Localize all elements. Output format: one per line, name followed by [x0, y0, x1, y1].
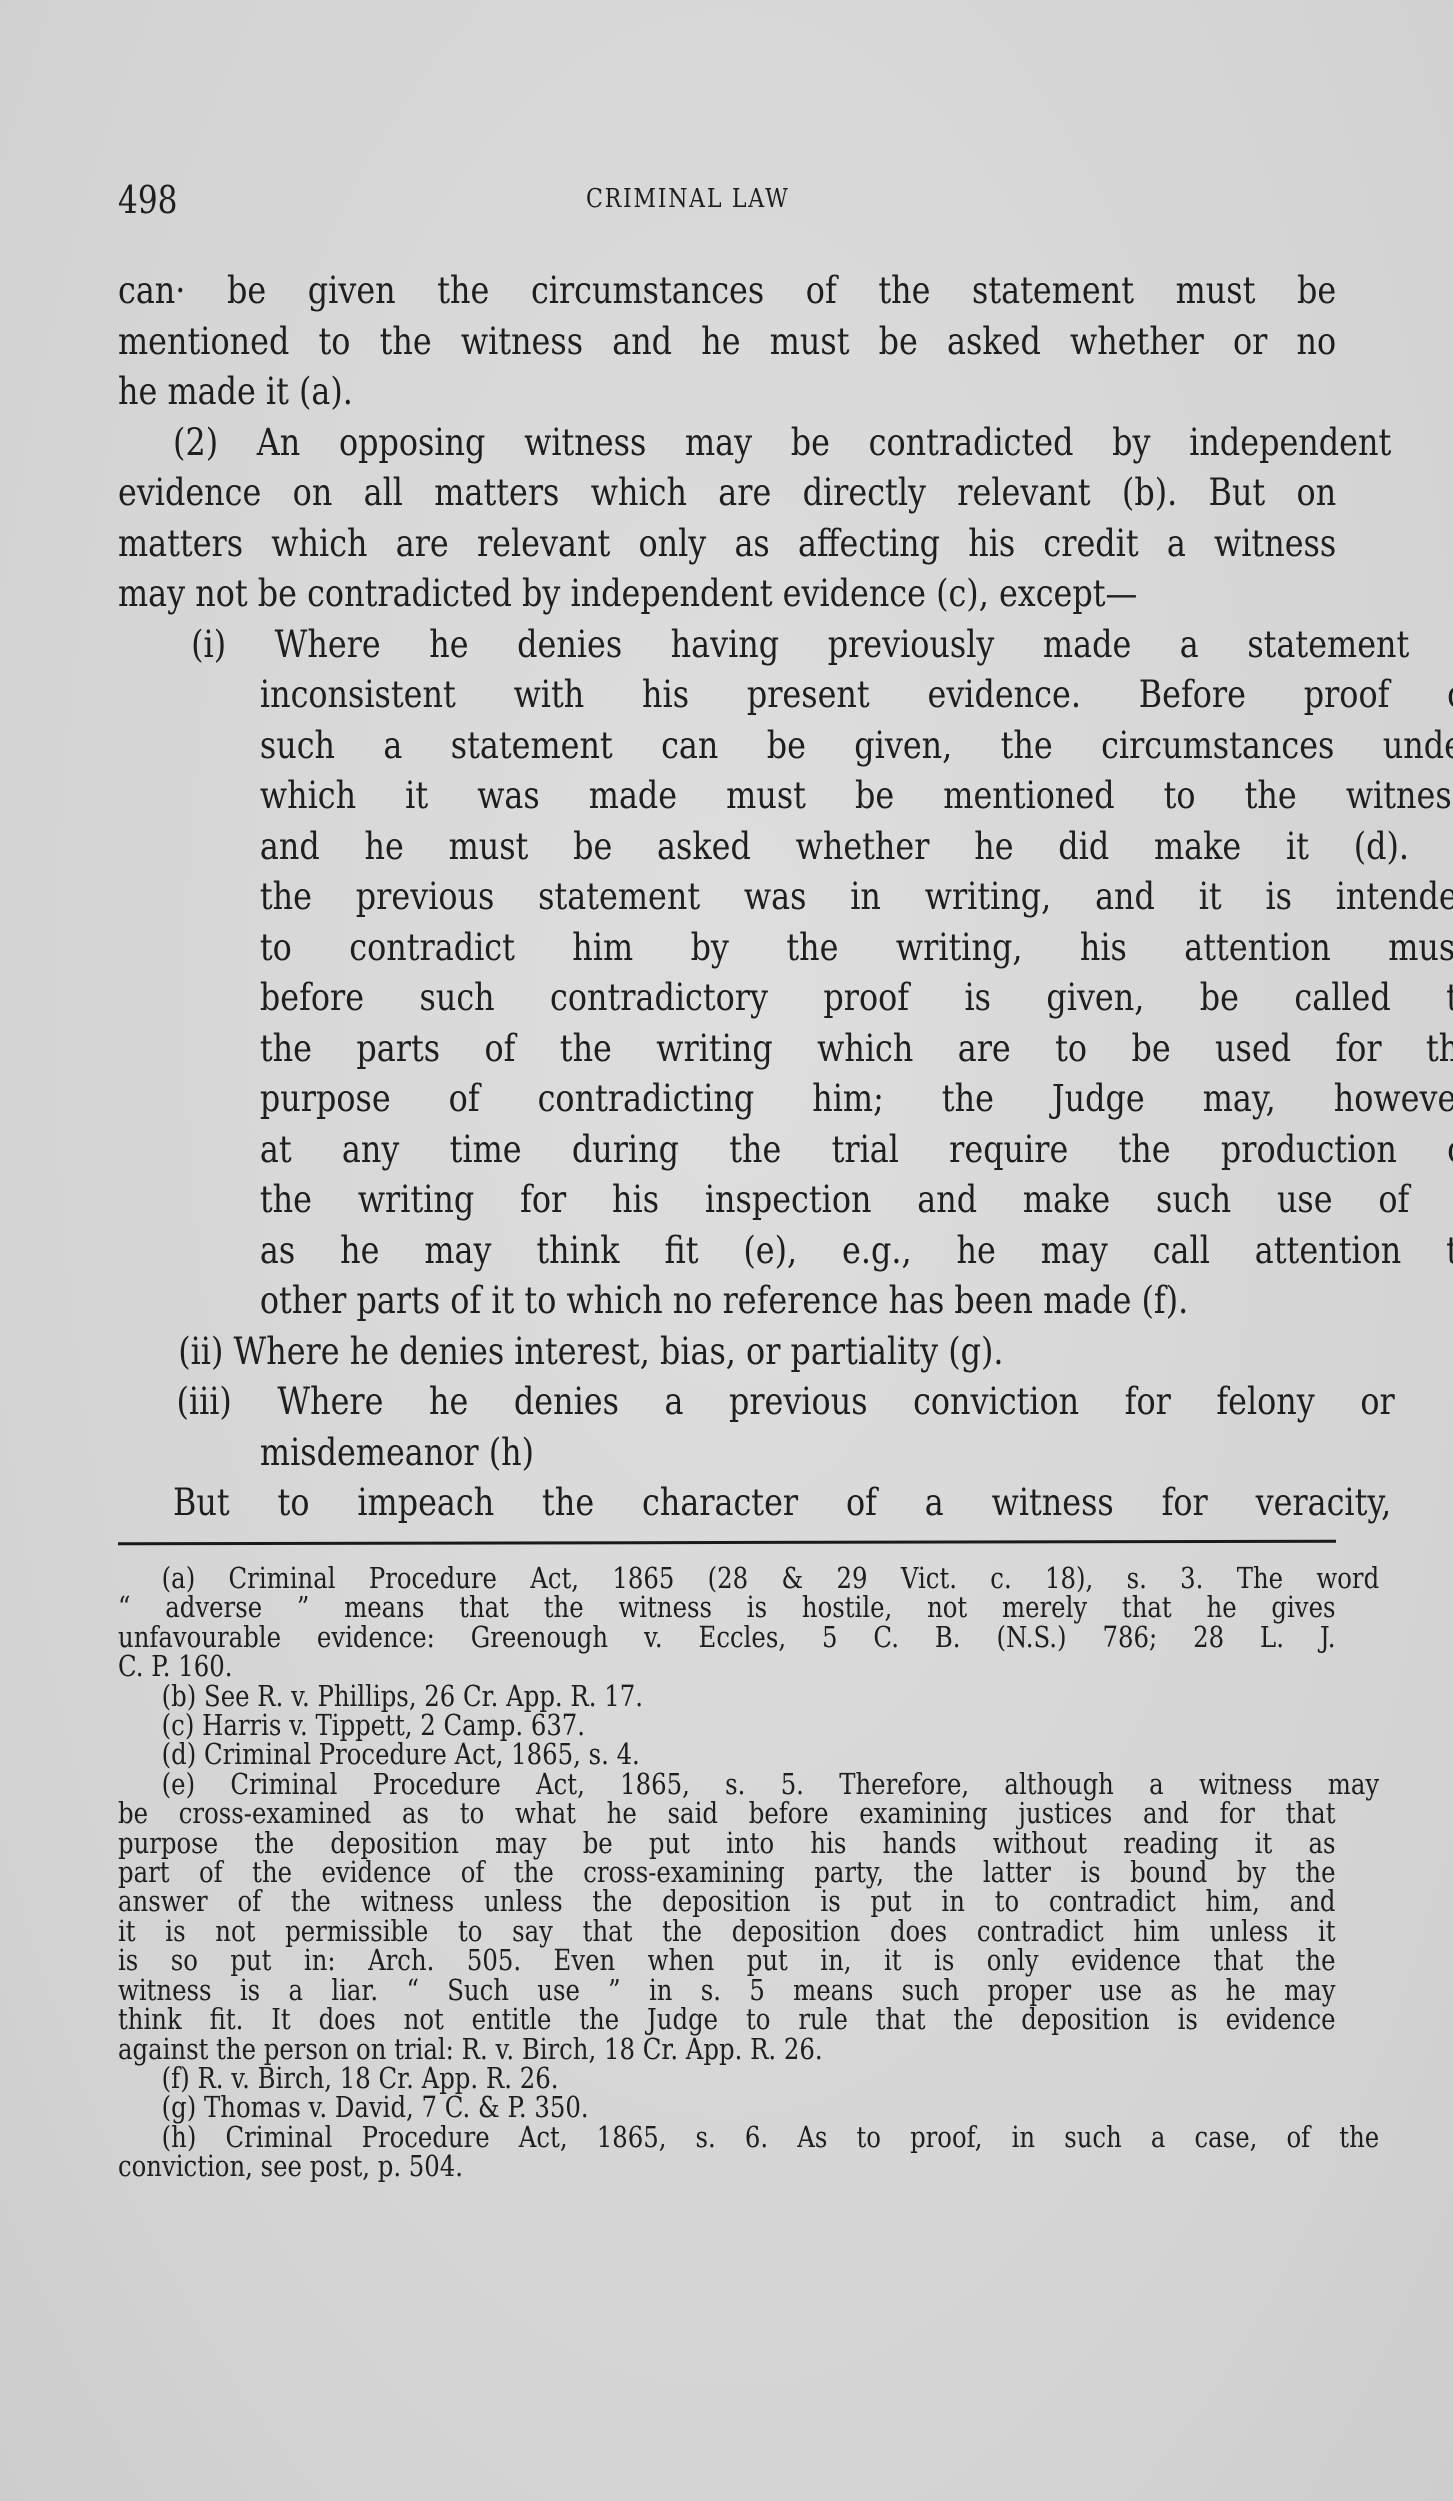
body-text: can· be given the circumstances of the s… [118, 266, 1336, 1529]
footnote-rule [118, 1540, 1336, 1546]
body-line: he made it (a). [118, 367, 1336, 418]
exception-numeral: (iii) [176, 1380, 231, 1423]
page-number: 498 [118, 178, 177, 222]
book-page: 498 CRIMINAL LAW can· be given the circu… [118, 168, 1336, 228]
footnote-a-line: “ adverse ” means that the witness is ho… [118, 1593, 1336, 1622]
exception-line: at any time during the trial require the… [118, 1125, 1453, 1176]
exception-line: and he must be asked whether he did make… [118, 822, 1453, 873]
footnote-e-line: answer of the witness unless the deposit… [118, 1887, 1336, 1916]
footnote-e-line: is so put in: Arch. 505. Even when put i… [118, 1946, 1336, 1975]
body-line: matters which are relevant only as affec… [118, 519, 1336, 570]
footnote-a-line: C. P. 160. [118, 1652, 1336, 1681]
body-line: may not be contradicted by independent e… [118, 569, 1336, 620]
exception-line: which it was made must be mentioned to t… [118, 771, 1453, 822]
exception-line: as he may think fit (e), e.g., he may ca… [118, 1226, 1453, 1277]
footnote-e-line: witness is a liar. “ Such use ” in s. 5 … [118, 1976, 1336, 2005]
exception-line: other parts of it to which no reference … [118, 1276, 1453, 1327]
exception-line: the writing for his inspection and make … [118, 1175, 1453, 1226]
footnote-a-line: unfavourable evidence: Greenough v. Eccl… [118, 1623, 1336, 1652]
body-line: mentioned to the witness and he must be … [118, 317, 1336, 368]
footnote-e-line: purpose the deposition may be put into h… [118, 1829, 1336, 1858]
exception-iii-first-line: (iii) Where he denies a previous convict… [118, 1377, 1395, 1428]
running-title: CRIMINAL LAW [586, 184, 789, 214]
footnote-g: (g) Thomas v. David, 7 C. & P. 350. [118, 2093, 1379, 2122]
exception-line: before such contradictory proof is given… [118, 973, 1453, 1024]
exception-line: such a statement can be given, the circu… [118, 721, 1453, 772]
body-line: evidence on all matters which are direct… [118, 468, 1336, 519]
footnote-e-line: it is not permissible to say that the de… [118, 1917, 1336, 1946]
footnote-a-line: (a) Criminal Procedure Act, 1865 (28 & 2… [118, 1564, 1379, 1593]
footnote-h-line: (h) Criminal Procedure Act, 1865, s. 6. … [118, 2123, 1379, 2152]
footnote-f: (f) R. v. Birch, 18 Cr. App. R. 26. [118, 2064, 1379, 2093]
body-line: (2) An opposing witness may be contradic… [118, 418, 1391, 469]
footnote-d: (d) Criminal Procedure Act, 1865, s. 4. [118, 1740, 1379, 1769]
exception-line: the previous statement was in writing, a… [118, 872, 1453, 923]
footnote-e-line: part of the evidence of the cross-examin… [118, 1858, 1336, 1887]
footnote-b: (b) See R. v. Phillips, 26 Cr. App. R. 1… [118, 1682, 1379, 1711]
exception-line: purpose of contradicting him; the Judge … [118, 1074, 1453, 1125]
footnote-e-line: think fit. It does not entitle the Judge… [118, 2005, 1336, 2034]
exception-numeral: (i) [191, 623, 226, 666]
footnote-e-line: (e) Criminal Procedure Act, 1865, s. 5. … [118, 1770, 1379, 1799]
footnote-c: (c) Harris v. Tippett, 2 Camp. 637. [118, 1711, 1379, 1740]
exception-line: to contradict him by the writing, his at… [118, 923, 1453, 974]
exception-i-first-line: (i) Where he denies having previously ma… [118, 620, 1409, 671]
exception-ii-line: (ii) Where he denies interest, bias, or … [118, 1327, 1396, 1378]
footnote-h-line: conviction, see post, p. 504. [118, 2152, 1336, 2181]
footnotes: (a) Criminal Procedure Act, 1865 (28 & 2… [118, 1564, 1336, 2182]
footnote-e-line: be cross-examined as to what he said bef… [118, 1799, 1336, 1828]
exception-line: inconsistent with his present evidence. … [118, 670, 1453, 721]
body-line: But to impeach the character of a witnes… [118, 1478, 1391, 1529]
exception-line: the parts of the writing which are to be… [118, 1024, 1453, 1075]
exception-line: misdemeanor (h) [118, 1428, 1453, 1479]
exception-numeral: (ii) [178, 1330, 223, 1373]
footnote-e-line: against the person on trial: R. v. Birch… [118, 2035, 1336, 2064]
running-head: 498 CRIMINAL LAW [118, 168, 1336, 228]
body-line: can· be given the circumstances of the s… [118, 266, 1336, 317]
